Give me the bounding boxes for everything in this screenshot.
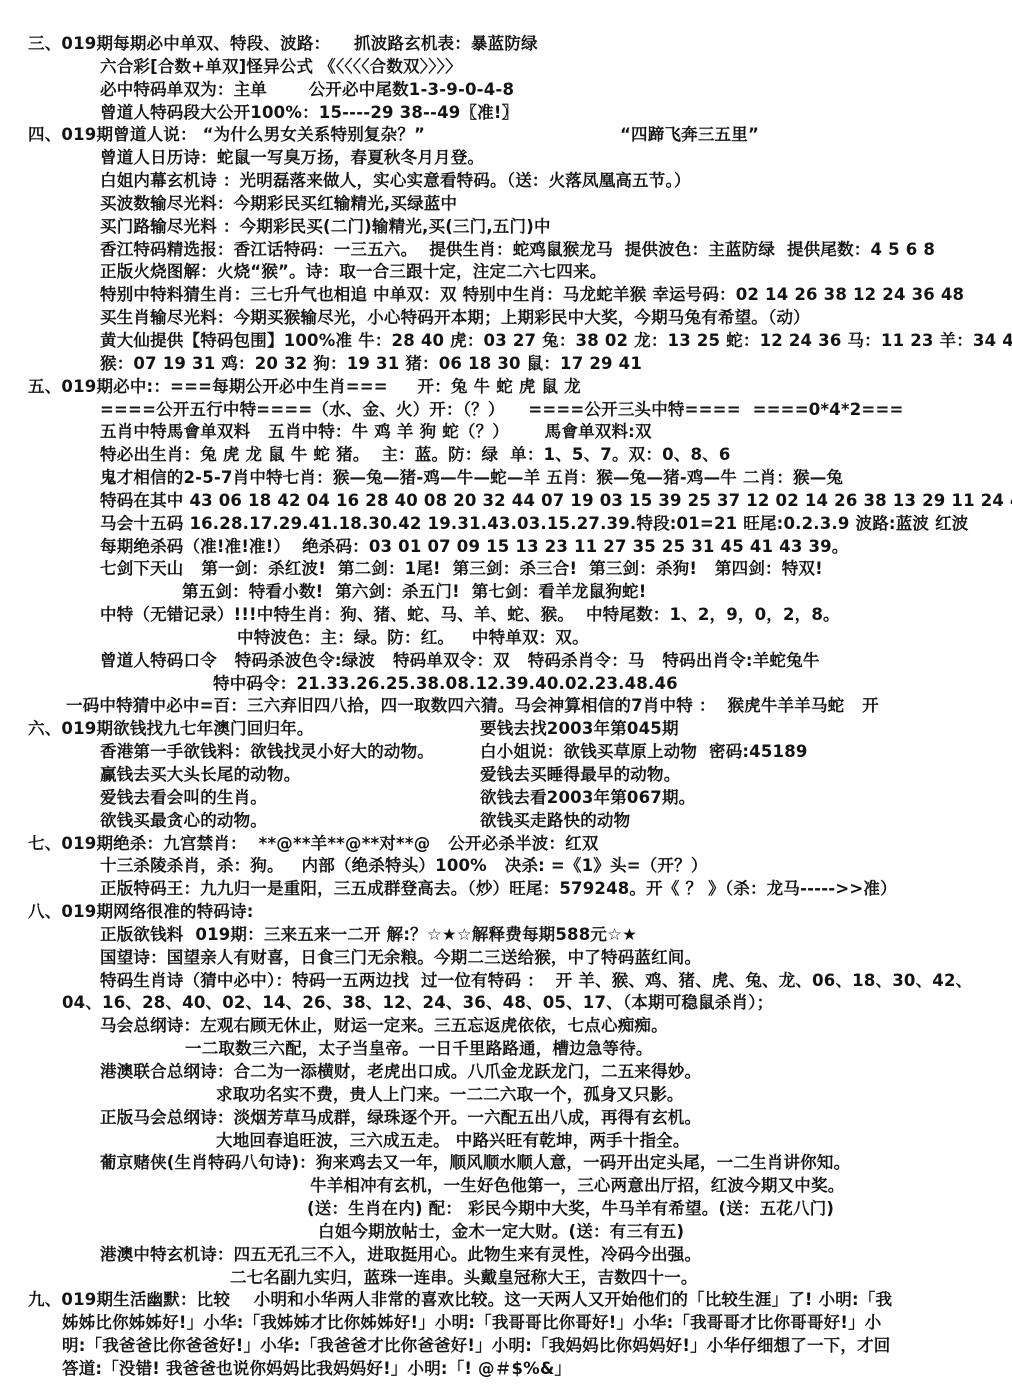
line-text: 必中特码单双为：主单 公开必中尾数1-3-9-0-4-8 <box>100 79 514 102</box>
line-text-right-column: “四蹄飞奔三五里” <box>620 124 759 147</box>
line-text: 特中码令：21.33.26.25.38.08.12.39.40.02.23.48… <box>213 673 678 696</box>
line-text: 曾道人日历诗：蛇鼠一写臭万扬，春夏秋冬月月登。 <box>100 147 484 170</box>
line-text: 六、019期欲钱找九七年澳门回归年。 <box>28 718 314 741</box>
line-text: 白姐内幕玄机诗 ：光明磊落来做人，实心实意看特码。（送：火落凤凰高五节。） <box>100 170 691 193</box>
line-text: 买波数输尽光料：今期彩民买红输精光,买绿蓝中 <box>100 193 457 216</box>
line-text: 二七名副九实归，蓝珠一连串。头戴皇冠称大王，吉数四十一。 <box>230 1267 698 1290</box>
text-line: 04、16、28、40、02、14、26、38、12、24、36、48、05、1… <box>0 992 1012 1015</box>
line-text: 马会十五码 16.28.17.29.41.18.30.42 19.31.43.0… <box>100 513 968 536</box>
text-line: 买门路输尽光料 ：今期彩民买(二门)输精光,买(三门,五门)中 <box>0 216 1012 239</box>
text-line: 买波数输尽光料：今期彩民买红输精光,买绿蓝中 <box>0 193 1012 216</box>
text-line: 五、019期必中:：===每期公开必中生肖=== 开：兔 牛 蛇 虎 鼠 龙 <box>0 376 1012 399</box>
line-text: 六合彩[合数+单双]怪异公式 《〈〈〈〈合数双〉〉〉〉 <box>100 56 462 79</box>
line-text: 正版火烧图解：火烧“猴”。诗：取一合三跟十定，注定二六七四来。 <box>100 261 606 284</box>
line-text: 一二取数三六配，太子当皇帝。一日千里路路通，槽边急等待。 <box>185 1038 653 1061</box>
line-text: 求取功名实不费，贵人上门来。一二二六取一个，孤身又只影。 <box>216 1084 684 1107</box>
line-text: 港澳联合总纲诗：合二为一添横财，老虎出口成。八爪金龙跃龙门，二五来得妙。 <box>100 1061 701 1084</box>
line-text: 港澳中特玄机诗：四五无孔三不入，进取挺用心。此物生来有灵性，冷码今出强。 <box>100 1244 701 1267</box>
text-line: 姊姊比你姊姊好!」小华:「我姊姊才比你姊姊好!」小明:「我哥哥比你哥好!」小华:… <box>0 1312 1012 1335</box>
line-text: 中特（无错记录）!!!中特生肖：狗、猪、蛇、马、羊、蛇、猴。 中特尾数：1、2，… <box>100 604 840 627</box>
text-line: 牛羊相冲有玄机，一生好色他第一，三心两意出厅招，红波今期又中奖。 <box>0 1175 1012 1198</box>
text-line: 买生肖输尽光料：今期买猴输尽光，小心特码开本期；上期彩民中大奖，今期马兔有希望。… <box>0 307 1012 330</box>
line-text: 马会总纲诗：左观右顾无休止，财运一定来。三五忘返虎依依，七点心痴痴。 <box>100 1015 668 1038</box>
document-lines: 三、019期每期必中单双、特段、波路： 抓波路玄机表：暴蓝防绿六合彩[合数+单双… <box>0 33 1012 1381</box>
text-line: 求取功名实不费，贵人上门来。一二二六取一个，孤身又只影。 <box>0 1084 1012 1107</box>
line-text: 曾道人特码段大公开100%：15----29 38--49〖准!〗 <box>100 102 518 125</box>
line-text: 猴：07 19 31 鸡：20 32 狗：19 31 猪：06 18 30 鼠：… <box>100 353 642 376</box>
line-text: ====公开五行中特====（水、金、火）开：（？） ====公开三头中特===… <box>100 399 904 422</box>
text-line: 黄大仙提供【特码包围】100%准 牛：28 40 虎：03 27 兔：38 02… <box>0 330 1012 353</box>
text-line: 马会十五码 16.28.17.29.41.18.30.42 19.31.43.0… <box>0 513 1012 536</box>
line-text: 十三杀陵杀肖，杀：狗。 内部（绝杀特头）100% 决杀: =《1》头=（开？） <box>100 855 708 878</box>
line-text: 爱钱去看会叫的生肖。 <box>100 787 267 810</box>
line-text: 04、16、28、40、02、14、26、38、12、24、36、48、05、1… <box>62 992 773 1015</box>
line-text: 葡京赌侠(生肖特码八句诗)：狗来鸡去又一年，顺风顺水顺人意，一码开出定头尾，一二… <box>100 1152 850 1175</box>
text-line: 港澳中特玄机诗：四五无孔三不入，进取挺用心。此物生来有灵性，冷码今出强。 <box>0 1244 1012 1267</box>
text-line: 国望诗：国望亲人有财喜，日食三门无余粮。今期二三送给猴，中了特码蓝红间。 <box>0 947 1012 970</box>
line-text: 国望诗：国望亲人有财喜，日食三门无余粮。今期二三送给猴，中了特码蓝红间。 <box>100 947 701 970</box>
text-line: 一码中特猜中必中=百：三六弃旧四八拾，四一取数四六猜。马会神算相信的7肖中特 ：… <box>0 695 1012 718</box>
text-line: 马会总纲诗：左观右顾无休止，财运一定来。三五忘返虎依依，七点心痴痴。 <box>0 1015 1012 1038</box>
text-line: 七剑下天山 第一剑：杀红波! 第二剑：1尾! 第三剑：杀三合! 第三剑：杀狗! … <box>0 558 1012 581</box>
text-line: 六合彩[合数+单双]怪异公式 《〈〈〈〈合数双〉〉〉〉 <box>0 56 1012 79</box>
line-text: 四、019期曾道人说： “为什么男女关系特别复杂？” <box>28 124 425 147</box>
text-line: 每期绝杀码（准!准!准!） 绝杀码：03 01 07 09 15 13 23 1… <box>0 536 1012 559</box>
line-text-right-column: 要钱去找2003年第045期 <box>480 718 679 741</box>
text-line: 爱钱去看会叫的生肖。欲钱去看2003年第067期。 <box>0 787 1012 810</box>
line-text: 一码中特猜中必中=百：三六弃旧四八拾，四一取数四六猜。马会神算相信的7肖中特 ：… <box>66 695 879 718</box>
text-line: 赢钱去买大头长尾的动物。爱钱去买睡得最早的动物。 <box>0 764 1012 787</box>
text-line: 八、019期网络很准的特码诗: <box>0 901 1012 924</box>
text-line: 三、019期每期必中单双、特段、波路： 抓波路玄机表：暴蓝防绿 <box>0 33 1012 56</box>
text-line: 九、019期生活幽默：比较 小明和小华两人非常的喜欢比较。这一天两人又开始他们的… <box>0 1289 1012 1312</box>
line-text: 八、019期网络很准的特码诗: <box>28 901 254 924</box>
line-text: 正版欲钱料 019期：三来五来一二开 解:？☆★☆解释费每期588元☆★ <box>100 924 637 947</box>
text-line: 六、019期欲钱找九七年澳门回归年。要钱去找2003年第045期 <box>0 718 1012 741</box>
line-text: 曾道人特码口令 特码杀波色令:绿波 特码单双令：双 特码杀肖令：马 特码出肖令:… <box>100 650 820 673</box>
text-line: 香江特码精选报：香江话特码：一三五六。 提供生肖：蛇鸡鼠猴龙马 提供波色：主蓝防… <box>0 239 1012 262</box>
line-text: 五肖中特馬會单双料 五肖中特：牛 鸡 羊 狗 蛇（？） 馬會单双料:双 <box>100 421 652 444</box>
text-line: 特别中特料猜生肖：三七升气也相追 中单双：双 特别中生肖：马龙蛇羊猴 幸运号码：… <box>0 284 1012 307</box>
text-line: 曾道人特码段大公开100%：15----29 38--49〖准!〗 <box>0 102 1012 125</box>
text-line: 特必出生肖：兔 虎 龙 鼠 牛 蛇 猪。 主：蓝。防：绿 单：1、5、7。双：0… <box>0 444 1012 467</box>
text-line: 五肖中特馬會单双料 五肖中特：牛 鸡 羊 狗 蛇（？） 馬會单双料:双 <box>0 421 1012 444</box>
line-text-right-column: 欲钱买走路快的动物 <box>480 810 630 833</box>
text-line: 白姐今期放帖士，金木一定大财。(送：有三有五) <box>0 1221 1012 1244</box>
text-line: 葡京赌侠(生肖特码八句诗)：狗来鸡去又一年，顺风顺水顺人意，一码开出定头尾，一二… <box>0 1152 1012 1175</box>
line-text: 买生肖输尽光料：今期买猴输尽光，小心特码开本期；上期彩民中大奖，今期马兔有希望。… <box>100 307 810 330</box>
line-text: 特别中特料猜生肖：三七升气也相追 中单双：双 特别中生肖：马龙蛇羊猴 幸运号码：… <box>100 284 964 307</box>
line-text: 赢钱去买大头长尾的动物。 <box>100 764 300 787</box>
text-line: 明:「我爸爸比你爸爸好!」小华:「我爸爸才比你爸爸好!」小明:「我妈妈比你妈妈好… <box>0 1335 1012 1358</box>
line-text: 特必出生肖：兔 虎 龙 鼠 牛 蛇 猪。 主：蓝。防：绿 单：1、5、7。双：0… <box>100 444 731 467</box>
text-line: 第五剑：特看小数! 第六剑：杀五门! 第七剑：看羊龙鼠狗蛇! <box>0 581 1012 604</box>
line-text: 五、019期必中:：===每期公开必中生肖=== 开：兔 牛 蛇 虎 鼠 龙 <box>28 376 581 399</box>
text-line: 曾道人特码口令 特码杀波色令:绿波 特码单双令：双 特码杀肖令：马 特码出肖令:… <box>0 650 1012 673</box>
line-text-right-column: 欲钱去看2003年第067期。 <box>480 787 695 810</box>
line-text-right-column: 爱钱去买睡得最早的动物。 <box>480 764 680 787</box>
text-line: 大地回春追旺波，三六成五走。 中路兴旺有乾坤，两手十指全。 <box>0 1130 1012 1153</box>
line-text: 答道:「没错! 我爸爸也说你妈妈比我妈妈好!」小明:「! @＃$%&」 <box>62 1358 571 1381</box>
line-text: 正版马会总纲诗：淡烟芳草马成群，绿珠逐个开。一六配五出八成，再得有玄机。 <box>100 1107 701 1130</box>
line-text: 白姐今期放帖士，金木一定大财。(送：有三有五) <box>318 1221 684 1244</box>
line-text: 买门路输尽光料 ：今期彩民买(二门)输精光,买(三门,五门)中 <box>100 216 551 239</box>
line-text: 香港第一手欲钱料：欲钱找灵小好大的动物。 <box>100 741 434 764</box>
line-text: 牛羊相冲有玄机，一生好色他第一，三心两意出厅招，红波今期又中奖。 <box>310 1175 844 1198</box>
line-text: 正版特码王：九九归一是重阳，三五成群登高去。（炒）旺尾：579248。开《 ？ … <box>100 878 897 901</box>
text-line: 必中特码单双为：主单 公开必中尾数1-3-9-0-4-8 <box>0 79 1012 102</box>
line-text: 第五剑：特看小数! 第六剑：杀五门! 第七剑：看羊龙鼠狗蛇! <box>182 581 646 604</box>
text-line: 曾道人日历诗：蛇鼠一写臭万扬，春夏秋冬月月登。 <box>0 147 1012 170</box>
line-text: 九、019期生活幽默：比较 小明和小华两人非常的喜欢比较。这一天两人又开始他们的… <box>28 1289 892 1312</box>
line-text: 大地回春追旺波，三六成五走。 中路兴旺有乾坤，两手十指全。 <box>216 1130 690 1153</box>
line-text: 明:「我爸爸比你爸爸好!」小华:「我爸爸才比你爸爸好!」小明:「我妈妈比你妈妈好… <box>62 1335 890 1358</box>
text-line: 十三杀陵杀肖，杀：狗。 内部（绝杀特头）100% 决杀: =《1》头=（开？） <box>0 855 1012 878</box>
text-line: 正版马会总纲诗：淡烟芳草马成群，绿珠逐个开。一六配五出八成，再得有玄机。 <box>0 1107 1012 1130</box>
text-line: 白姐内幕玄机诗 ：光明磊落来做人，实心实意看特码。（送：火落凤凰高五节。） <box>0 170 1012 193</box>
scanned-document-page: 三、019期每期必中单双、特段、波路： 抓波路玄机表：暴蓝防绿六合彩[合数+单双… <box>0 0 1012 1388</box>
text-line: 特码在其中 43 06 18 42 04 16 28 40 08 20 32 4… <box>0 490 1012 513</box>
text-line: 中特（无错记录）!!!中特生肖：狗、猪、蛇、马、羊、蛇、猴。 中特尾数：1、2，… <box>0 604 1012 627</box>
line-text: 黄大仙提供【特码包围】100%准 牛：28 40 虎：03 27 兔：38 02… <box>100 330 1012 353</box>
text-line: 港澳联合总纲诗：合二为一添横财，老虎出口成。八爪金龙跃龙门，二五来得妙。 <box>0 1061 1012 1084</box>
line-text-right-column: 白小姐说：欲钱买草原上动物 密码:45189 <box>480 741 808 764</box>
line-text: 七剑下天山 第一剑：杀红波! 第二剑：1尾! 第三剑：杀三合! 第三剑：杀狗! … <box>100 558 823 581</box>
text-line: (送：生肖在内) 配： 彩民今期中大奖，牛马羊有希望。(送：五花八门) <box>0 1198 1012 1221</box>
text-line: 欲钱买最贪心的动物。欲钱买走路快的动物 <box>0 810 1012 833</box>
text-line: 二七名副九实归，蓝珠一连串。头戴皇冠称大王，吉数四十一。 <box>0 1267 1012 1290</box>
line-text: 每期绝杀码（准!准!准!） 绝杀码：03 01 07 09 15 13 23 1… <box>100 536 849 559</box>
line-text: 鬼才相信的2-5-7肖中特七肖：猴—兔—猪-鸡—牛—蛇—羊 五肖：猴—兔—猪-鸡… <box>100 467 843 490</box>
text-line: 正版火烧图解：火烧“猴”。诗：取一合三跟十定，注定二六七四来。 <box>0 261 1012 284</box>
text-line: 正版特码王：九九归一是重阳，三五成群登高去。（炒）旺尾：579248。开《 ？ … <box>0 878 1012 901</box>
line-text: 姊姊比你姊姊好!」小华:「我姊姊才比你姊姊好!」小明:「我哥哥比你哥好!」小华:… <box>62 1312 882 1335</box>
text-line: 七、019期绝杀：九宫禁肖： **@**羊**@**对**@ 公开必杀半波：红双 <box>0 833 1012 856</box>
line-text: 特码在其中 43 06 18 42 04 16 28 40 08 20 32 4… <box>100 490 1012 513</box>
text-line: 鬼才相信的2-5-7肖中特七肖：猴—兔—猪-鸡—牛—蛇—羊 五肖：猴—兔—猪-鸡… <box>0 467 1012 490</box>
text-line: 四、019期曾道人说： “为什么男女关系特别复杂？”“四蹄飞奔三五里” <box>0 124 1012 147</box>
text-line: 特中码令：21.33.26.25.38.08.12.39.40.02.23.48… <box>0 673 1012 696</box>
text-line: ====公开五行中特====（水、金、火）开：（？） ====公开三头中特===… <box>0 399 1012 422</box>
text-line: 猴：07 19 31 鸡：20 32 狗：19 31 猪：06 18 30 鼠：… <box>0 353 1012 376</box>
line-text: 香江特码精选报：香江话特码：一三五六。 提供生肖：蛇鸡鼠猴龙马 提供波色：主蓝防… <box>100 239 935 262</box>
line-text: 特码生肖诗（猜中必中）：特码一五两边找 过一位有特码 ： 开 羊、猴、鸡、猪、虎… <box>100 970 972 993</box>
line-text: 三、019期每期必中单双、特段、波路： 抓波路玄机表：暴蓝防绿 <box>28 33 538 56</box>
text-line: 中特波色：主：绿。防：红。 中特单双：双。 <box>0 627 1012 650</box>
line-text: 欲钱买最贪心的动物。 <box>100 810 267 833</box>
text-line: 香港第一手欲钱料：欲钱找灵小好大的动物。白小姐说：欲钱买草原上动物 密码:451… <box>0 741 1012 764</box>
line-text: 七、019期绝杀：九宫禁肖： **@**羊**@**对**@ 公开必杀半波：红双 <box>28 833 599 856</box>
text-line: 特码生肖诗（猜中必中）：特码一五两边找 过一位有特码 ： 开 羊、猴、鸡、猪、虎… <box>0 970 1012 993</box>
line-text: (送：生肖在内) 配： 彩民今期中大奖，牛马羊有希望。(送：五花八门) <box>307 1198 834 1221</box>
text-line: 正版欲钱料 019期：三来五来一二开 解:？☆★☆解释费每期588元☆★ <box>0 924 1012 947</box>
line-text: 中特波色：主：绿。防：红。 中特单双：双。 <box>237 627 589 650</box>
text-line: 一二取数三六配，太子当皇帝。一日千里路路通，槽边急等待。 <box>0 1038 1012 1061</box>
text-line: 答道:「没错! 我爸爸也说你妈妈比我妈妈好!」小明:「! @＃$%&」 <box>0 1358 1012 1381</box>
